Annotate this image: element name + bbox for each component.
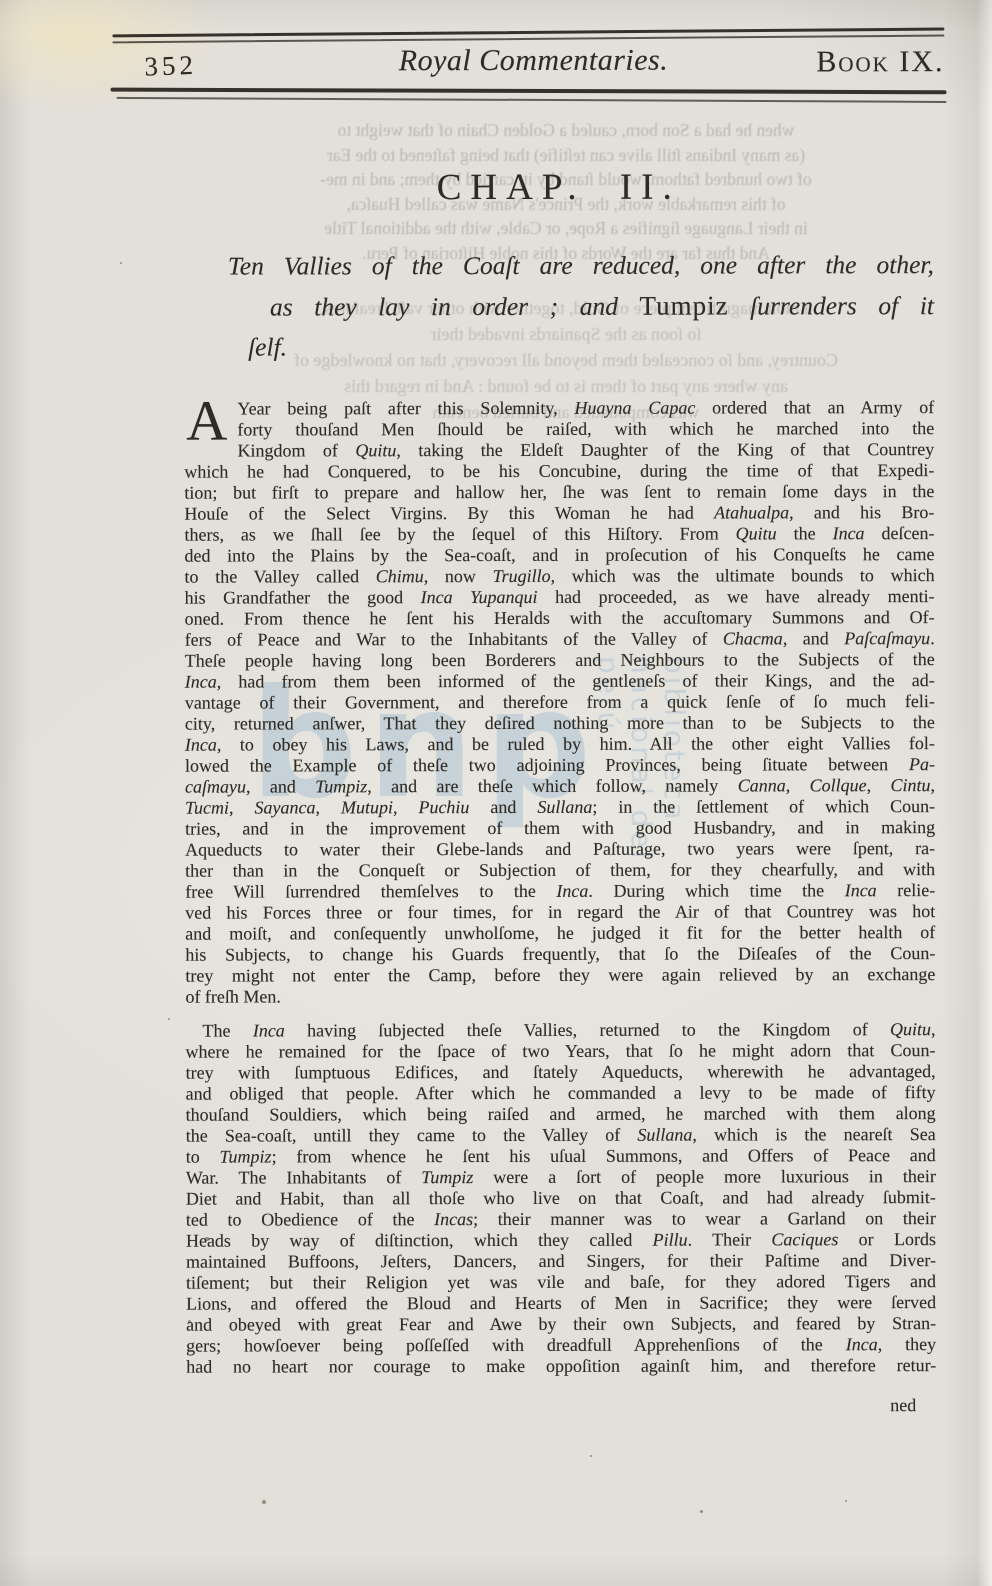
text-line: ded into the Plains by the Sea-coaſt, an… (184, 544, 934, 567)
text-line: ted to Obedience of the Incas; their man… (186, 1208, 936, 1231)
text-line: Kingdom of Quitu, taking the Eldeſt Daug… (184, 439, 934, 462)
text-line: which he had Conquered, to be his Concub… (184, 460, 934, 483)
text-line: and obliged that people. After which he … (186, 1082, 936, 1105)
text-line: Lions, and offered the Bloud and Hearts … (186, 1292, 936, 1315)
text-line: and obeyed with great Fear and Awe by th… (186, 1313, 936, 1336)
book-label: Book IX. (748, 45, 944, 79)
text-line: trey might not enter the Camp, before th… (185, 964, 935, 987)
text-line: where he remained for the ſpace of two Y… (186, 1040, 936, 1063)
text-line: Houſe of the Select Virgins. By this Wom… (184, 502, 934, 525)
text-line: maintained Buffoons, Jeſters, Dancers, a… (186, 1250, 936, 1273)
text-line: The Inca having ſubjected theſe Vallies,… (185, 1019, 935, 1042)
text-line: tion; but firſt to prepare and hallow he… (184, 481, 934, 504)
text-line: Ten Vallies of the Coaſt are reduced, on… (184, 245, 934, 287)
header-rule-bottom (111, 88, 947, 94)
text-line: to Tumpiz; from whence he ſent his uſual… (186, 1145, 936, 1168)
book-page-scan: when he had a Son born, cauſed a Golden … (0, 0, 992, 1586)
text-line: Heads by way of diſtinction, which they … (186, 1229, 936, 1252)
text-line: fers of Peace and War to the Inhabitants… (185, 628, 935, 651)
text-line: to the Valley called Chimu, now Trugillo… (185, 565, 935, 588)
paragraph-1-lines: Year being paſt after this Solemnity, Hu… (184, 397, 935, 1008)
text-line: War. The Inhabitants of Tumpiz were a ſo… (186, 1166, 936, 1189)
page-number: 352 (144, 50, 198, 83)
text-line: vantage of their Government, and therefo… (185, 691, 935, 714)
text-line: thouſand Souldiers, which being raiſed a… (186, 1103, 936, 1126)
text-line: tiſement; but their Religion yet was vil… (186, 1271, 936, 1294)
text-line: city, returned anſwer, That they deſired… (185, 712, 935, 735)
text-line: the Sea-coaſt, untill they came to the V… (186, 1124, 936, 1147)
paragraph-2: The Inca having ſubjected theſe Vallies,… (185, 1019, 936, 1378)
text-line: forty thouſand Men ſhould be raiſed, wit… (184, 418, 934, 441)
header-rule-bottom-double (117, 97, 947, 103)
text-line: Diet and Habit, than all thoſe who live … (186, 1187, 936, 1210)
text-line: oned. From thence he ſent his Heralds wi… (185, 607, 935, 630)
text-line: Inca, to obey his Laws, and be ruled by … (185, 733, 935, 756)
text-line: his Grandfather the good Inca Yupanqui h… (185, 586, 935, 609)
text-line: ther than in the Conqueſt or Subjection … (185, 859, 935, 882)
chapter-argument: Ten Vallies of the Coaſt are reduced, on… (184, 245, 934, 368)
text-line: of freſh Men. (185, 985, 935, 1008)
drop-cap: A (186, 401, 227, 443)
text-line: ſelf. (184, 326, 934, 368)
text-line: and moiſt, and conſequently unwholſome, … (185, 922, 935, 945)
text-line: thers, as we ſhall ſee by the ſequel of … (184, 523, 934, 546)
catchword: ned (186, 1395, 916, 1418)
paragraph-1: A Year being paſt after this Solemnity, … (184, 397, 935, 1008)
text-line: Aqueducts to water their Glebe-lands and… (185, 838, 935, 861)
text-line: Tucmi, Sayanca, Mutupi, Puchiu and Sulla… (185, 796, 935, 819)
text-line: caſmayu, and Tumpiz, and are theſe which… (185, 775, 935, 798)
text-line: Year being paſt after this Solemnity, Hu… (184, 397, 934, 420)
text-line: ved his Forces three or four times, for … (185, 901, 935, 924)
chapter-heading: CHAP. II. (184, 165, 934, 210)
text-line: trey with ſumptuous Edifices, and ſtatel… (186, 1061, 936, 1084)
text-line: had no heart nor courage to make oppoſit… (186, 1355, 936, 1378)
text-line: lowed the Example of theſe two adjoining… (185, 754, 935, 777)
running-title: Royal Commentaries. (233, 43, 833, 78)
text-line: Theſe people having long been Borderers … (185, 649, 935, 672)
text-line: gers; howſoever being poſſeſſed with dre… (186, 1334, 936, 1357)
text-line: Inca, had from them been informed of the… (185, 670, 935, 693)
text-line: as they lay in order ; and Tumpiz ſurren… (184, 285, 934, 328)
text-line: free Will ſurrendred themſelves to the I… (185, 880, 935, 903)
text-line: tries, and in the improvement of them wi… (185, 817, 935, 840)
text-line: his Subjects, to change his Guards frequ… (185, 943, 935, 966)
body-text-block: A Year being paſt after this Solemnity, … (184, 397, 936, 1378)
page-content: 352 Royal Commentaries. Book IX. CHAP. I… (0, 0, 992, 1586)
